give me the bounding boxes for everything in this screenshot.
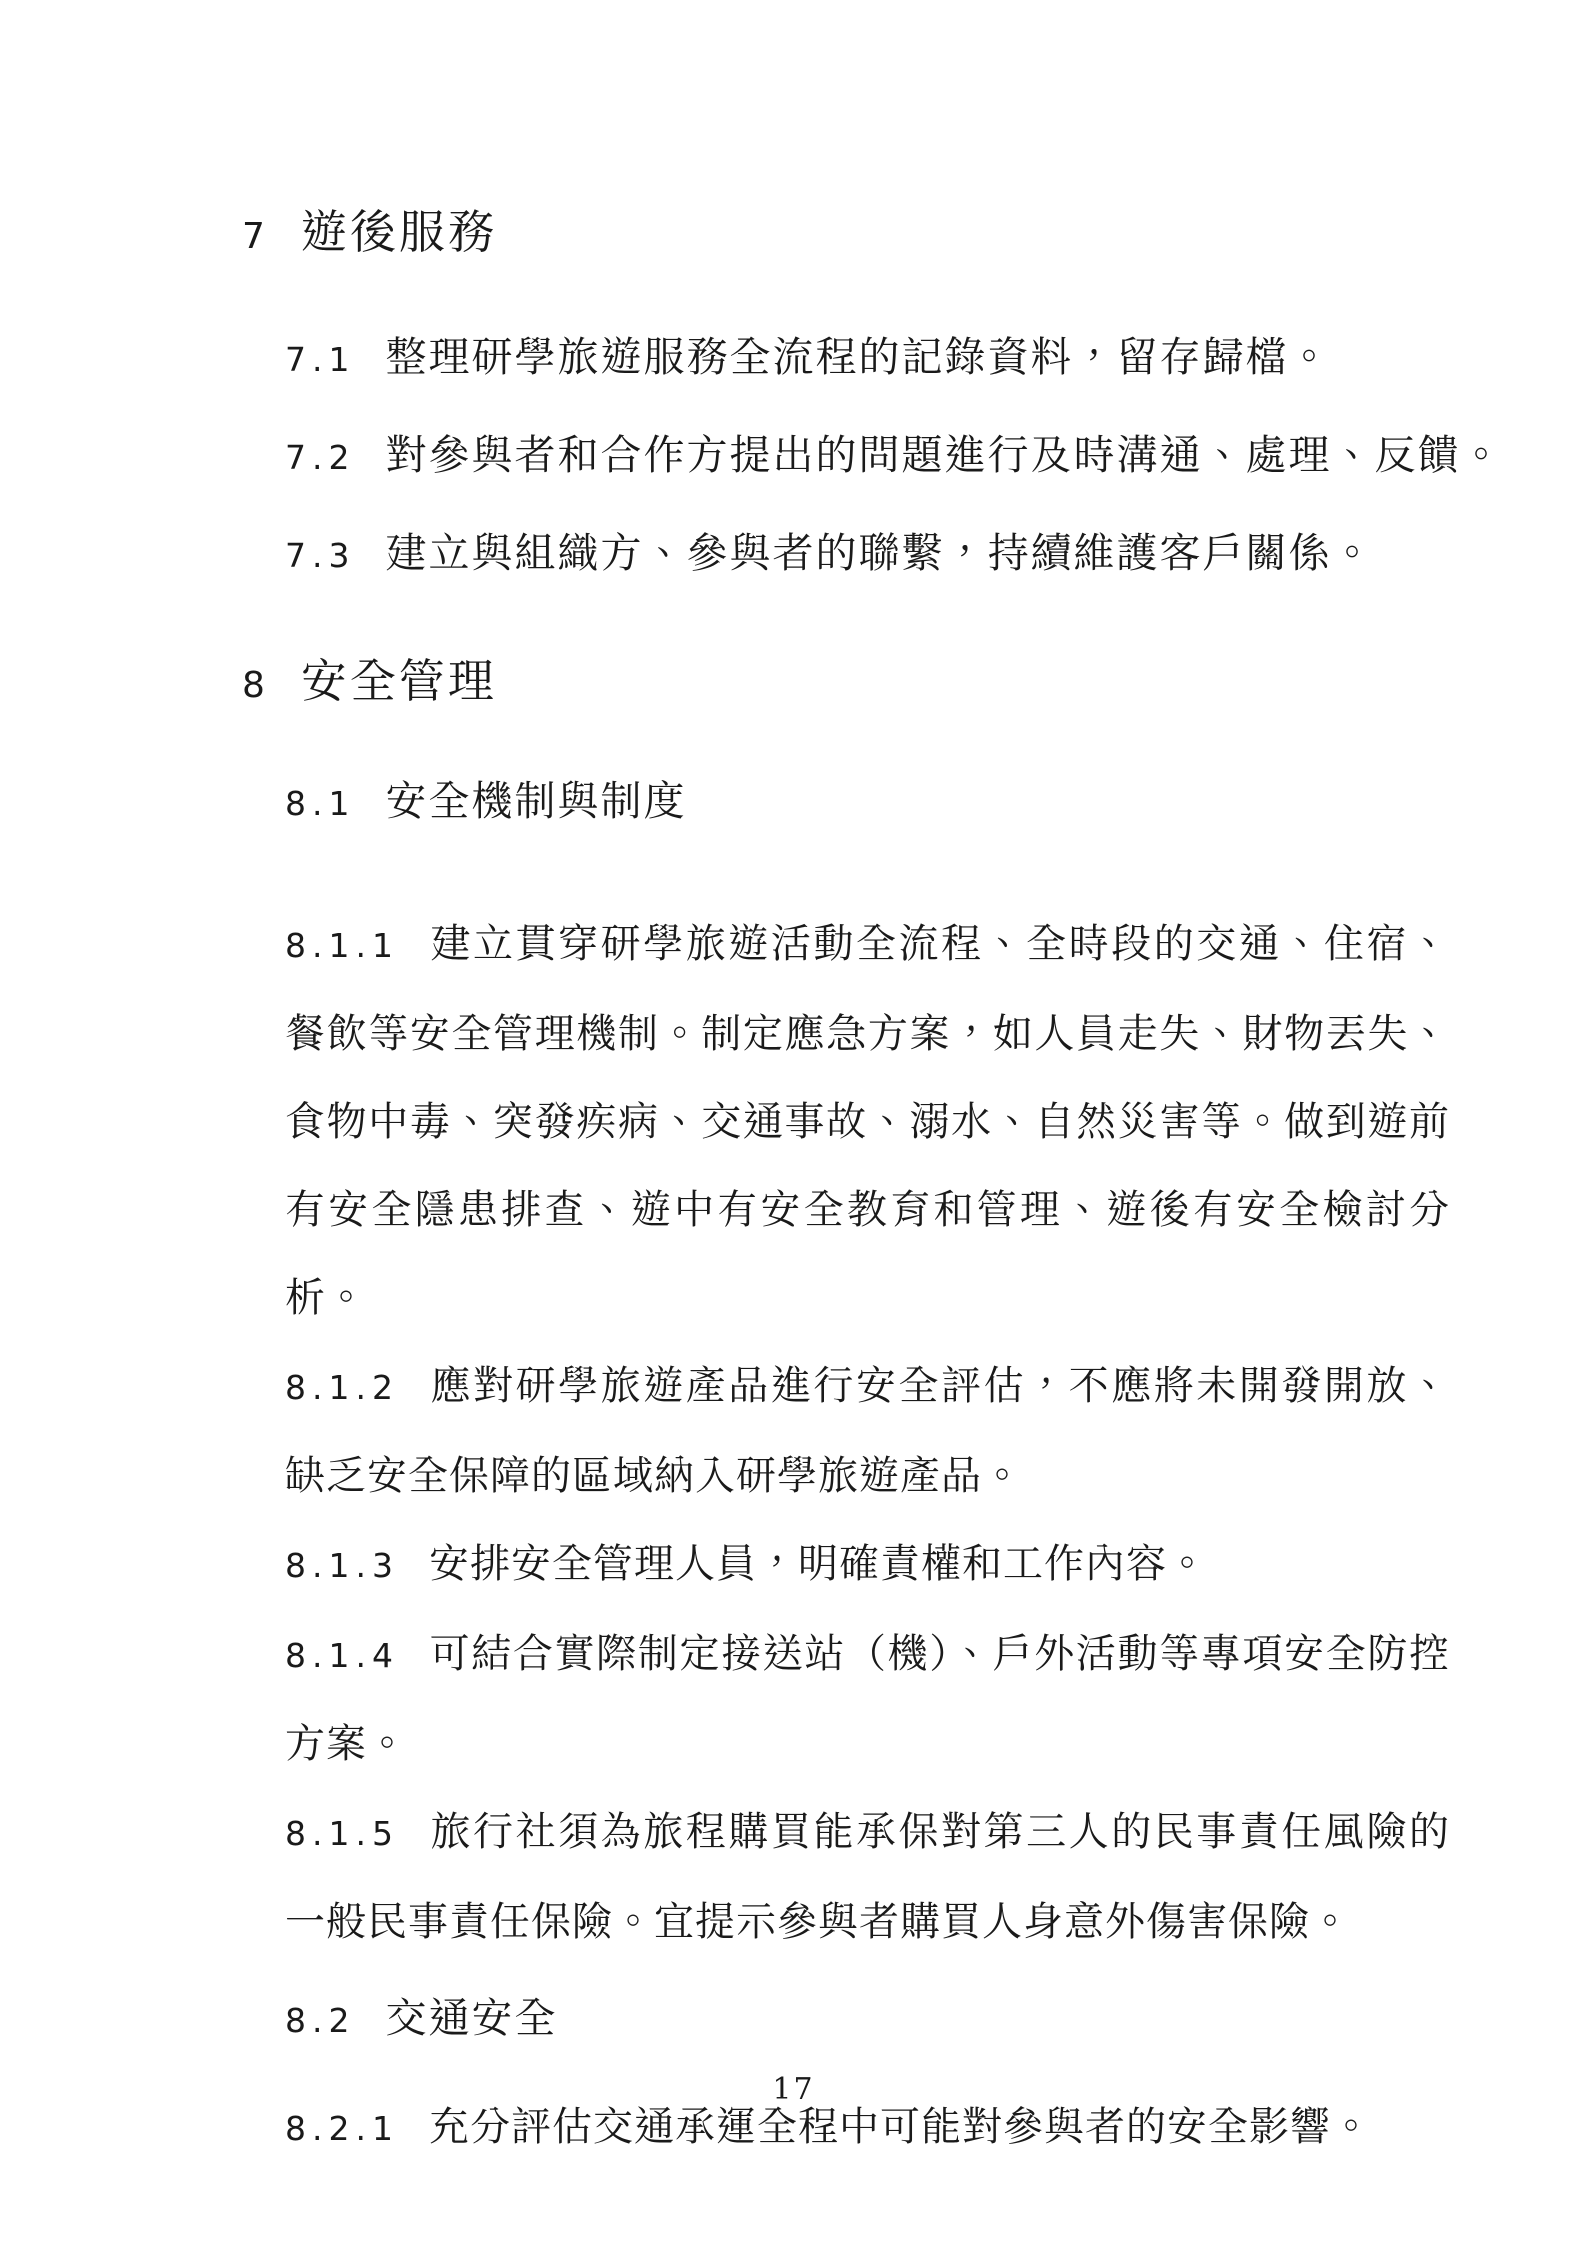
section-heading-8: 8安全管理	[242, 649, 1450, 718]
clause-number: 7.2	[285, 438, 355, 477]
section-title: 安全管理	[301, 654, 497, 708]
clause-number: 8.1.3	[285, 1546, 399, 1585]
clause-text: 旅行社須為旅程購買能承保對第三人的民事責任風險的一般民事責任保險。宜提示參與者購…	[285, 1809, 1450, 1945]
clause-text: 整理研學旅遊服務全流程的記錄資料，留存歸檔。	[385, 333, 1331, 381]
section-title: 遊後服務	[301, 205, 497, 259]
clause-7-2: 7.2對參與者和合作方提出的問題進行及時溝通、處理、反饋。	[285, 423, 1450, 490]
clause-number: 8.1.2	[285, 1368, 399, 1407]
clause-8-2: 8.2交通安全	[285, 1986, 1450, 2053]
clause-number: 7.3	[285, 536, 355, 575]
clause-number: 8.2.1	[285, 2109, 399, 2148]
clause-text: 建立與組織方、參與者的聯繫，持續維護客戶關係。	[385, 529, 1374, 577]
clause-text: 可結合實際制定接送站（機）、戶外活動等專項安全防控方案。	[285, 1631, 1450, 1767]
paragraph-8-1-5: 8.1.5旅行社須為旅程購買能承保對第三人的民事責任風險的一般民事責任保險。宜提…	[285, 1788, 1450, 1966]
section-heading-7: 7遊後服務	[242, 200, 1450, 269]
section-number: 8	[242, 665, 271, 706]
clause-text: 建立貫穿研學旅遊活動全流程、全時段的交通、住宿、餐飲等安全管理機制。制定應急方案…	[285, 921, 1450, 1321]
clause-number: 8.1.5	[285, 1814, 399, 1853]
clause-text: 交通安全	[385, 1994, 557, 2042]
clause-text: 應對研學旅遊產品進行安全評估，不應將未開發開放、缺乏安全保障的區域納入研學旅遊產…	[285, 1363, 1450, 1499]
clause-8-1: 8.1安全機制與制度	[285, 769, 1450, 836]
clause-number: 8.1	[285, 784, 355, 823]
clause-number: 8.1.1	[285, 926, 399, 965]
paragraph-8-1-1: 8.1.1建立貫穿研學旅遊活動全流程、全時段的交通、住宿、餐飲等安全管理機制。制…	[285, 900, 1450, 1342]
document-page: 7遊後服務 7.1整理研學旅遊服務全流程的記錄資料，留存歸檔。 7.2對參與者和…	[0, 0, 1587, 2245]
clause-text: 充分評估交通承運全程中可能對參與者的安全影響。	[429, 2104, 1372, 2150]
paragraph-8-1-3: 8.1.3安排安全管理人員，明確責權和工作內容。	[285, 1520, 1450, 1610]
clause-text: 安全機制與制度	[385, 777, 686, 825]
clause-number: 8.2	[285, 2001, 355, 2040]
paragraph-8-1-4: 8.1.4可結合實際制定接送站（機）、戶外活動等專項安全防控方案。	[285, 1610, 1450, 1788]
clause-text: 安排安全管理人員，明確責權和工作內容。	[429, 1541, 1208, 1587]
clause-7-3: 7.3建立與組織方、參與者的聯繫，持續維護客戶關係。	[285, 521, 1450, 588]
clause-text: 對參與者和合作方提出的問題進行及時溝通、處理、反饋。	[385, 431, 1503, 479]
section-number: 7	[242, 216, 271, 257]
clause-number: 7.1	[285, 340, 355, 379]
paragraph-8-1-2: 8.1.2應對研學旅遊產品進行安全評估，不應將未開發開放、缺乏安全保障的區域納入…	[285, 1342, 1450, 1520]
page-number: 17	[0, 2072, 1587, 2107]
clause-number: 8.1.4	[285, 1636, 399, 1675]
clause-7-1: 7.1整理研學旅遊服務全流程的記錄資料，留存歸檔。	[285, 325, 1450, 392]
